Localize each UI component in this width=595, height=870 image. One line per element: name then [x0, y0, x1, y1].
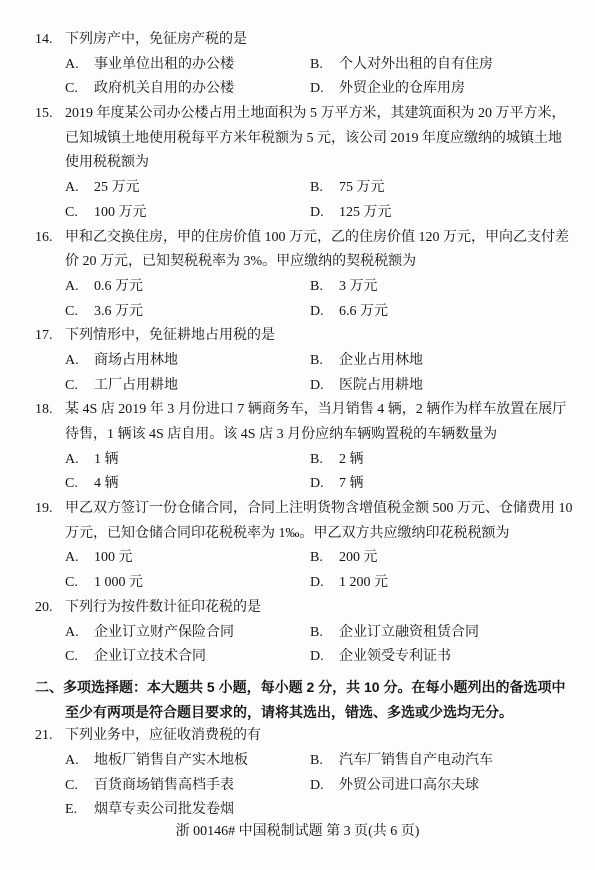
- option-label: C.: [65, 571, 94, 596]
- option-B: B.汽车厂销售自产电动汽车: [310, 749, 493, 774]
- option-text: 外贸企业的仓库用房: [339, 81, 465, 96]
- exam-content: 14.下列房产中，免征房产税的是A.事业单位出租的办公楼B.个人对外出租的自有住…: [35, 28, 560, 823]
- question-16: 16.甲和乙交换住房，甲的住房价值 100 万元，乙的住房价值 120 万元，甲…: [35, 226, 560, 325]
- question-stem: 16.甲和乙交换住房，甲的住房价值 100 万元，乙的住房价值 120 万元，甲…: [35, 226, 560, 251]
- option-label: C.: [65, 77, 94, 102]
- option-C: C.3.6 万元: [65, 300, 310, 325]
- option-label: B.: [310, 749, 339, 774]
- option-text: 200 元: [339, 550, 378, 565]
- option-text: 1 200 元: [339, 575, 388, 590]
- question-stem-continuation: 已知城镇土地使用税每平方米年税额为 5 元，该公司 2019 年度应缴纳的城镇土…: [35, 127, 560, 152]
- question-text: 甲乙双方签订一份仓储合同，合同上注明货物含增值税金额 500 万元、仓储费用 1…: [65, 497, 573, 522]
- option-label: D.: [310, 77, 339, 102]
- option-row: A.100 元B.200 元: [35, 546, 560, 571]
- option-row: A.地板厂销售自产实木地板B.汽车厂销售自产电动汽车: [35, 749, 560, 774]
- option-text: 75 万元: [339, 180, 385, 195]
- exam-page: 14.下列房产中，免征房产税的是A.事业单位出租的办公楼B.个人对外出租的自有住…: [0, 0, 595, 870]
- option-label: B.: [310, 349, 339, 374]
- option-label: B.: [310, 176, 339, 201]
- option-text: 个人对外出租的自有住房: [339, 57, 493, 72]
- question-number: 17.: [35, 324, 65, 349]
- option-C: C.百货商场销售高档手表: [65, 774, 310, 799]
- option-D: D.医院占用耕地: [310, 374, 423, 399]
- option-A: A.商场占用林地: [65, 349, 310, 374]
- section-header-line: 二、多项选择题：本大题共 5 小题，每小题 2 分，共 10 分。在每小题列出的…: [35, 675, 560, 700]
- option-D: D.125 万元: [310, 201, 392, 226]
- option-D: D.6.6 万元: [310, 300, 388, 325]
- option-label: D.: [310, 374, 339, 399]
- option-B: B.3 万元: [310, 275, 378, 300]
- option-text: 1 辆: [94, 452, 119, 467]
- option-text: 企业订立融资租赁合同: [339, 625, 479, 640]
- section-header: 二、多项选择题：本大题共 5 小题，每小题 2 分，共 10 分。在每小题列出的…: [35, 675, 560, 724]
- question-stem-continuation: 价 20 万元，已知契税税率为 3%。甲应缴纳的契税税额为: [35, 250, 560, 275]
- question-stem-continuation: 使用税税额为: [35, 151, 560, 176]
- option-text: 医院占用耕地: [339, 378, 423, 393]
- option-D: D.7 辆: [310, 472, 364, 497]
- question-text: 下列情形中，免征耕地占用税的是: [65, 324, 275, 349]
- option-row: A.商场占用林地B.企业占用林地: [35, 349, 560, 374]
- option-D: D.外贸企业的仓库用房: [310, 77, 465, 102]
- question-stem-continuation: 万元，已知仓储合同印花税税率为 1‰。甲乙双方共应缴纳印花税税额为: [35, 522, 560, 547]
- question-stem: 20.下列行为按件数计征印花税的是: [35, 596, 560, 621]
- option-text: 4 辆: [94, 476, 119, 491]
- option-label: A.: [65, 53, 94, 78]
- option-row: C.3.6 万元D.6.6 万元: [35, 300, 560, 325]
- option-text: 企业订立财产保险合同: [94, 625, 234, 640]
- option-C: C.工厂占用耕地: [65, 374, 310, 399]
- option-row: C.企业订立技术合同D.企业领受专利证书: [35, 645, 560, 670]
- option-row: A.25 万元B.75 万元: [35, 176, 560, 201]
- question-number: 19.: [35, 497, 65, 522]
- question-18: 18.某 4S 店 2019 年 3 月份进口 7 辆商务车，当月销售 4 辆，…: [35, 398, 560, 497]
- option-label: D.: [310, 201, 339, 226]
- option-B: B.75 万元: [310, 176, 385, 201]
- question-number: 14.: [35, 28, 65, 53]
- option-label: B.: [310, 546, 339, 571]
- option-A: A.1 辆: [65, 448, 310, 473]
- option-label: C.: [65, 472, 94, 497]
- question-15: 15.2019 年度某公司办公楼占用土地面积为 5 万平方米，其建筑面积为 20…: [35, 102, 560, 225]
- option-text: 3 万元: [339, 279, 378, 294]
- option-row: C.政府机关自用的办公楼D.外贸企业的仓库用房: [35, 77, 560, 102]
- question-14: 14.下列房产中，免征房产税的是A.事业单位出租的办公楼B.个人对外出租的自有住…: [35, 28, 560, 102]
- option-row: C.4 辆D.7 辆: [35, 472, 560, 497]
- option-label: A.: [65, 349, 94, 374]
- option-text: 7 辆: [339, 476, 364, 491]
- option-C: C.企业订立技术合同: [65, 645, 310, 670]
- question-number: 16.: [35, 226, 65, 251]
- question-number: 21.: [35, 724, 65, 749]
- page-footer: 浙 00146# 中国税制试题 第 3 页(共 6 页): [0, 820, 595, 845]
- option-text: 外贸公司进口高尔夫球: [339, 778, 479, 793]
- option-row: A.0.6 万元B.3 万元: [35, 275, 560, 300]
- question-text: 2019 年度某公司办公楼占用土地面积为 5 万平方米，其建筑面积为 20 万平…: [65, 102, 566, 127]
- option-row: C.百货商场销售高档手表D.外贸公司进口高尔夫球: [35, 774, 560, 799]
- option-B: B.企业订立融资租赁合同: [310, 621, 479, 646]
- option-B: B.企业占用林地: [310, 349, 423, 374]
- option-A: A.地板厂销售自产实木地板: [65, 749, 310, 774]
- option-text: 3.6 万元: [94, 304, 143, 319]
- option-label: A.: [65, 448, 94, 473]
- question-text: 下列行为按件数计征印花税的是: [65, 596, 261, 621]
- option-label: C.: [65, 374, 94, 399]
- question-text: 下列业务中，应征收消费税的有: [65, 724, 261, 749]
- question-number: 15.: [35, 102, 65, 127]
- option-A: A.25 万元: [65, 176, 310, 201]
- option-A: A.企业订立财产保险合同: [65, 621, 310, 646]
- option-text: 100 万元: [94, 205, 147, 220]
- option-row: C.100 万元D.125 万元: [35, 201, 560, 226]
- option-C: C.政府机关自用的办公楼: [65, 77, 310, 102]
- question-text: 下列房产中，免征房产税的是: [65, 28, 247, 53]
- question-number: 18.: [35, 398, 65, 423]
- option-label: A.: [65, 275, 94, 300]
- question-20: 20.下列行为按件数计征印花税的是A.企业订立财产保险合同B.企业订立融资租赁合…: [35, 596, 560, 670]
- option-C: C.4 辆: [65, 472, 310, 497]
- option-label: A.: [65, 621, 94, 646]
- question-stem: 18.某 4S 店 2019 年 3 月份进口 7 辆商务车，当月销售 4 辆，…: [35, 398, 560, 423]
- option-label: C.: [65, 201, 94, 226]
- option-text: 企业占用林地: [339, 353, 423, 368]
- option-text: 1 000 元: [94, 575, 143, 590]
- option-row: A.1 辆B.2 辆: [35, 448, 560, 473]
- option-label: B.: [310, 275, 339, 300]
- option-label: A.: [65, 749, 94, 774]
- question-text: 甲和乙交换住房，甲的住房价值 100 万元，乙的住房价值 120 万元，甲向乙支…: [65, 226, 569, 251]
- option-text: 地板厂销售自产实木地板: [94, 753, 248, 768]
- option-label: C.: [65, 774, 94, 799]
- option-label: B.: [310, 621, 339, 646]
- option-label: A.: [65, 176, 94, 201]
- question-21: 21.下列业务中，应征收消费税的有A.地板厂销售自产实木地板B.汽车厂销售自产电…: [35, 724, 560, 823]
- option-text: 汽车厂销售自产电动汽车: [339, 753, 493, 768]
- option-text: 6.6 万元: [339, 304, 388, 319]
- option-D: D.外贸公司进口高尔夫球: [310, 774, 479, 799]
- option-text: 政府机关自用的办公楼: [94, 81, 234, 96]
- option-text: 125 万元: [339, 205, 392, 220]
- question-stem: 14.下列房产中，免征房产税的是: [35, 28, 560, 53]
- option-D: D.1 200 元: [310, 571, 388, 596]
- option-text: 商场占用林地: [94, 353, 178, 368]
- option-A: A.100 元: [65, 546, 310, 571]
- question-stem: 21.下列业务中，应征收消费税的有: [35, 724, 560, 749]
- option-text: 百货商场销售高档手表: [94, 778, 234, 793]
- section-header-line: 至少有两项是符合题目要求的，请将其选出，错选、多选或少选均无分。: [35, 700, 560, 725]
- question-stem: 15.2019 年度某公司办公楼占用土地面积为 5 万平方米，其建筑面积为 20…: [35, 102, 560, 127]
- option-label: D.: [310, 300, 339, 325]
- option-label: C.: [65, 645, 94, 670]
- option-label: B.: [310, 448, 339, 473]
- option-row: A.企业订立财产保险合同B.企业订立融资租赁合同: [35, 621, 560, 646]
- option-text: 0.6 万元: [94, 279, 143, 294]
- option-text: 25 万元: [94, 180, 140, 195]
- option-text: 2 辆: [339, 452, 364, 467]
- option-C: C.1 000 元: [65, 571, 310, 596]
- option-label: B.: [310, 53, 339, 78]
- option-D: D.企业领受专利证书: [310, 645, 451, 670]
- option-text: 事业单位出租的办公楼: [94, 57, 234, 72]
- option-B: B.个人对外出租的自有住房: [310, 53, 493, 78]
- option-A: A.0.6 万元: [65, 275, 310, 300]
- option-row: C.工厂占用耕地D.医院占用耕地: [35, 374, 560, 399]
- option-text: 企业订立技术合同: [94, 649, 206, 664]
- option-row: C.1 000 元D.1 200 元: [35, 571, 560, 596]
- option-text: 烟草专卖公司批发卷烟: [94, 802, 234, 817]
- option-row: A.事业单位出租的办公楼B.个人对外出租的自有住房: [35, 53, 560, 78]
- question-number: 20.: [35, 596, 65, 621]
- option-label: A.: [65, 546, 94, 571]
- option-label: D.: [310, 571, 339, 596]
- option-label: D.: [310, 472, 339, 497]
- option-B: B.2 辆: [310, 448, 364, 473]
- question-stem-continuation: 待售，1 辆该 4S 店自用。该 4S 店 3 月份应纳车辆购置税的车辆数量为: [35, 423, 560, 448]
- option-text: 100 元: [94, 550, 133, 565]
- question-19: 19.甲乙双方签订一份仓储合同，合同上注明货物含增值税金额 500 万元、仓储费…: [35, 497, 560, 596]
- question-stem: 19.甲乙双方签订一份仓储合同，合同上注明货物含增值税金额 500 万元、仓储费…: [35, 497, 560, 522]
- option-label: D.: [310, 645, 339, 670]
- question-stem: 17.下列情形中，免征耕地占用税的是: [35, 324, 560, 349]
- option-B: B.200 元: [310, 546, 378, 571]
- option-text: 工厂占用耕地: [94, 378, 178, 393]
- question-text: 某 4S 店 2019 年 3 月份进口 7 辆商务车，当月销售 4 辆，2 辆…: [65, 398, 566, 423]
- option-label: D.: [310, 774, 339, 799]
- option-A: A.事业单位出租的办公楼: [65, 53, 310, 78]
- option-label: C.: [65, 300, 94, 325]
- option-C: C.100 万元: [65, 201, 310, 226]
- option-text: 企业领受专利证书: [339, 649, 451, 664]
- question-17: 17.下列情形中，免征耕地占用税的是A.商场占用林地B.企业占用林地C.工厂占用…: [35, 324, 560, 398]
